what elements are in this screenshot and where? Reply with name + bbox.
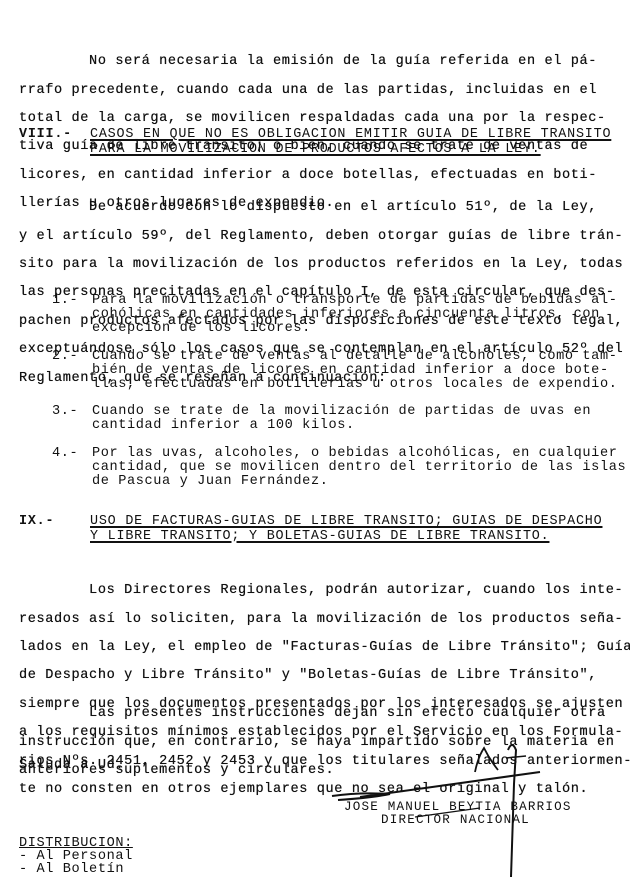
item-line: Para la movilización o transporte de par…: [92, 294, 617, 308]
item-text: Cuando se trate de la movilización de pa…: [92, 405, 591, 433]
item-line: cohólicas en cantidades inferiores a cin…: [92, 308, 617, 322]
section-title-line: USO DE FACTURAS-GUIAS DE LIBRE TRANSITO;…: [90, 515, 602, 530]
paragraph-line: rrafo precedente, cuando cada una de las…: [19, 84, 584, 98]
paragraph-line: De acuerdo con lo dispuesto en el artícu…: [19, 201, 584, 215]
section-number: VIII.-: [19, 128, 72, 143]
item-line: de Pascua y Juan Fernández.: [92, 475, 626, 489]
paragraph-line: No será necesaria la emisión de la guía …: [19, 55, 584, 69]
paragraph-line: lados en la Ley, el empleo de "Facturas-…: [19, 641, 584, 655]
item-line: excepción de los licores.: [92, 322, 617, 336]
section-title-line: Y LIBRE TRANSITO; Y BOLETAS-GUIAS DE LIB…: [90, 530, 602, 545]
paragraph-line: resados así lo soliciten, para la movili…: [19, 613, 584, 627]
paragraph-line: licores, en cantidad inferior a doce bot…: [19, 169, 584, 183]
section-title: CASOS EN QUE NO ES OBLIGACION EMITIR GUI…: [90, 128, 611, 157]
paragraph-line: Los Directores Regionales, podrán autori…: [19, 584, 584, 598]
paragraph-line: sito para la movilización de los product…: [19, 258, 584, 272]
paragraph-line: de Despacho y Libre Tránsito" y "Boletas…: [19, 669, 584, 683]
item-line: Cuando se trate de ventas al detalle de …: [92, 350, 617, 364]
section-number: IX.-: [19, 515, 54, 530]
item-line: llas, efectuadas en botillerías u otros …: [92, 378, 617, 392]
section-title-line: PARA LA MOVILIZACION DE PRODUCTOS AFECTO…: [90, 143, 611, 158]
paragraph-line: Las presentes instrucciones dejan sin ef…: [19, 707, 584, 721]
item-text: Cuando se trate de ventas al detalle de …: [92, 350, 617, 393]
item-line: cantidad inferior a 100 kilos.: [92, 419, 591, 433]
signatory-name: JOSE MANUEL BEYTIA BARRIOS: [344, 800, 572, 814]
document-page: No será necesaria la emisión de la guía …: [0, 0, 630, 887]
item-line: bién de ventas de licores en cantidad in…: [92, 364, 617, 378]
item-line: cantidad, que se movilicen dentro del te…: [92, 461, 626, 475]
item-line: Cuando se trate de la movilización de pa…: [92, 405, 591, 419]
distribution-list: DISTRIBUCION: - Al Personal - Al Boletín: [19, 837, 133, 876]
item-text: Para la movilización o transporte de par…: [92, 294, 617, 337]
item-number: 3.-: [52, 405, 78, 419]
item-number: 2.-: [52, 350, 78, 364]
paragraph-line: total de la carga, se movilicen respalda…: [19, 112, 584, 126]
distribution-item: - Al Boletín: [19, 863, 133, 876]
item-number: 4.-: [52, 447, 78, 461]
section-title: USO DE FACTURAS-GUIAS DE LIBRE TRANSITO;…: [90, 515, 602, 544]
item-text: Por las uvas, alcoholes, o bebidas alcoh…: [92, 447, 626, 490]
signatory-title: DIRECTOR NACIONAL: [381, 813, 530, 827]
item-line: Por las uvas, alcoholes, o bebidas alcoh…: [92, 447, 626, 461]
section-title-line: CASOS EN QUE NO ES OBLIGACION EMITIR GUI…: [90, 128, 611, 143]
item-number: 1.-: [52, 294, 78, 308]
paragraph-line: y el artículo 59º, del Reglamento, deben…: [19, 230, 584, 244]
